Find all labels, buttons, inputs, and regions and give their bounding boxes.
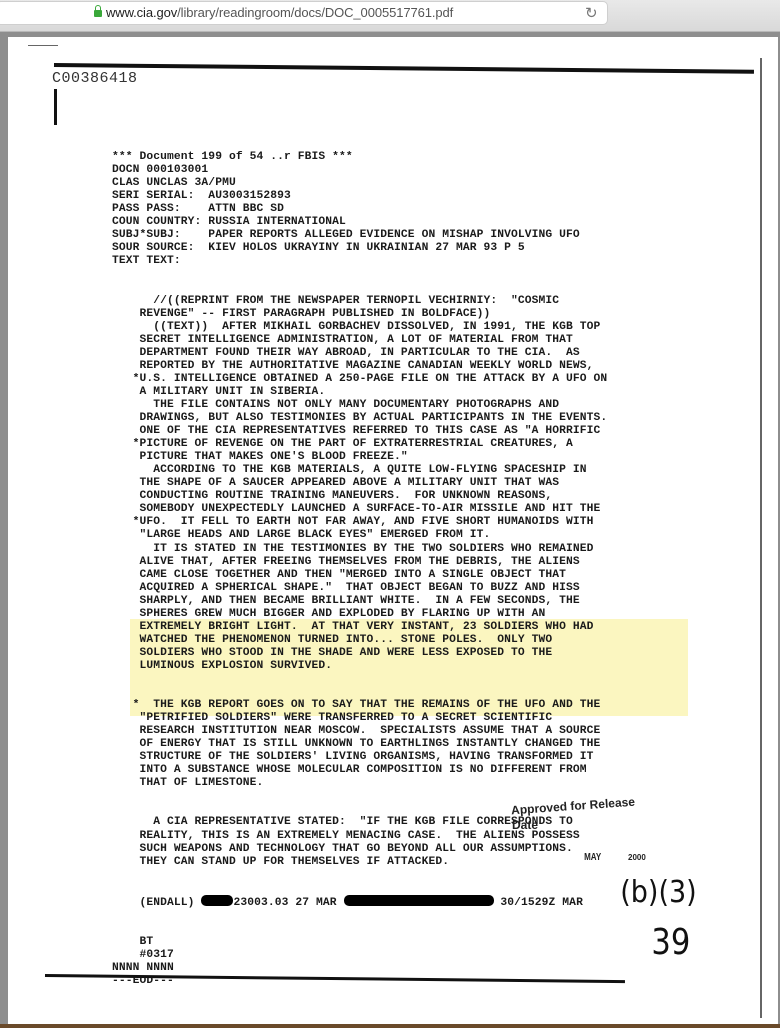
text-line: *** Document 199 of 54 ..r FBIS ***: [112, 151, 607, 164]
page-number: 39: [651, 922, 690, 963]
text-line: SPHERES GREW MUCH BIGGER AND EXPLODED BY…: [112, 608, 607, 621]
text-line: ACCORDING TO THE KGB MATERIALS, A QUITE …: [112, 464, 607, 477]
text-line: //((REPRINT FROM THE NEWSPAPER TERNOPIL …: [112, 295, 607, 308]
text-line: CAME CLOSE TOGETHER AND THEN "MERGED INT…: [112, 569, 607, 582]
highlighted-passage: * THE KGB REPORT GOES ON TO SAY THAT THE…: [112, 699, 607, 790]
text-line: THEY CAN STAND UP FOR THEMSELVES IF ATTA…: [112, 856, 607, 869]
text-line: #0317: [112, 949, 607, 962]
text-line: SUBJ*SUBJ: PAPER REPORTS ALLEGED EVIDENC…: [112, 229, 607, 242]
text-line: SHARPLY, AND THEN BECAME BRILLIANT WHITE…: [112, 595, 607, 608]
text-line: PASS PASS: ATTN BBC SD: [112, 203, 607, 216]
text-line: REVENGE" -- FIRST PARAGRAPH PUBLISHED IN…: [112, 308, 607, 321]
text-line: *U.S. INTELLIGENCE OBTAINED A 250-PAGE F…: [112, 373, 607, 386]
text-line: SECRET INTELLIGENCE ADMINISTRATION, A LO…: [112, 334, 607, 347]
text-line: BT: [112, 936, 607, 949]
reload-icon[interactable]: ↻: [585, 4, 598, 22]
text-line: DRAWINGS, BUT ALSO TESTIMONIES BY ACTUAL…: [112, 412, 607, 425]
text-line: SOMEBODY UNEXPECTEDLY LAUNCHED A SURFACE…: [112, 503, 607, 516]
text-line: ((TEXT)) AFTER MIKHAIL GORBACHEV DISSOLV…: [112, 321, 607, 334]
text-line: THE SHAPE OF A SAUCER APPEARED ABOVE A M…: [112, 477, 607, 490]
right-edge-line: [760, 58, 762, 1018]
redaction-1: [201, 895, 233, 906]
text-line: ACQUIRED A SPHERICAL SHAPE." THAT OBJECT…: [112, 582, 607, 595]
document-text: *** Document 199 of 54 ..r FBIS ***DOCN …: [112, 125, 607, 1014]
text-line: SOLDIERS WHO STOOD IN THE SHADE AND WERE…: [112, 647, 607, 660]
text-line: "PETRIFIED SOLDIERS" WERE TRANSFERRED TO…: [112, 712, 607, 725]
text-line: DOCN 000103001: [112, 164, 607, 177]
exemption-mark: (b)(3): [620, 875, 696, 910]
url-domain: www.cia.gov: [106, 5, 177, 20]
lock-icon: [94, 10, 102, 17]
url-path: /library/readingroom/docs/DOC_0005517761…: [177, 5, 453, 20]
text-line: CLAS UNCLAS 3A/PMU: [112, 177, 607, 190]
text-line: STRUCTURE OF THE SOLDIERS' LIVING ORGANI…: [112, 751, 607, 764]
top-rule: [54, 63, 754, 74]
text-line: WATCHED THE PHENOMENON TURNED INTO... ST…: [112, 634, 607, 647]
text-line: THAT OF LIMESTONE.: [112, 777, 607, 790]
text-line: THE FILE CONTAINS NOT ONLY MANY DOCUMENT…: [112, 399, 607, 412]
text-line: OF ENERGY THAT IS STILL UNKNOWN TO EARTH…: [112, 738, 607, 751]
text-line: ALIVE THAT, AFTER FREEING THEMSELVES FRO…: [112, 556, 607, 569]
text-line: *PICTURE OF REVENGE ON THE PART OF EXTRA…: [112, 438, 607, 451]
header-block: *** Document 199 of 54 ..r FBIS ***DOCN …: [112, 151, 607, 268]
text-line: LUMINOUS EXPLOSION SURVIVED.: [112, 660, 607, 673]
text-line: CONDUCTING ROUTINE TRAINING MANEUVERS. F…: [112, 490, 607, 503]
text-line: COUN COUNTRY: RUSSIA INTERNATIONAL: [112, 216, 607, 229]
text-line: REPORTED BY THE AUTHORITATIVE MAGAZINE C…: [112, 360, 607, 373]
address-bar[interactable]: www.cia.gov/library/readingroom/docs/DOC…: [0, 1, 608, 25]
pdf-page: C00386418 *** Document 199 of 54 ..r FBI…: [8, 37, 778, 1025]
text-line: NNNN NNNN: [112, 962, 607, 975]
url-text[interactable]: www.cia.gov/library/readingroom/docs/DOC…: [94, 5, 453, 20]
text-line: "LARGE HEADS AND LARGE BLACK EYES" EMERG…: [112, 529, 607, 542]
text-line: PICTURE THAT MAKES ONE'S BLOOD FREEZE.": [112, 451, 607, 464]
text-line: RESEARCH INSTITUTION NEAR MOSCOW. SPECIA…: [112, 725, 607, 738]
text-line: SERI SERIAL: AU3003152893: [112, 190, 607, 203]
text-line: IT IS STATED IN THE TESTIMONIES BY THE T…: [112, 543, 607, 556]
text-line: SOUR SOURCE: KIEV HOLOS UKRAYINY IN UKRA…: [112, 242, 607, 255]
text-line: DEPARTMENT FOUND THEIR WAY ABROAD, IN PA…: [112, 347, 607, 360]
text-line: INTO A SUBSTANCE WHOSE MOLECULAR COMPOSI…: [112, 764, 607, 777]
date-label: Date: [512, 818, 538, 832]
redaction-2: [344, 895, 494, 906]
endall-line: (ENDALL) 23003.03 27 MAR 30/1529Z MAR: [112, 895, 607, 910]
browser-toolbar: www.cia.gov/library/readingroom/docs/DOC…: [0, 0, 780, 32]
body-block: //((REPRINT FROM THE NEWSPAPER TERNOPIL …: [112, 295, 607, 673]
desktop-edge: [0, 1024, 780, 1028]
text-line: ONE OF THE CIA REPRESENTATIVES REFERRED …: [112, 425, 607, 438]
text-line: * THE KGB REPORT GOES ON TO SAY THAT THE…: [112, 699, 607, 712]
text-line: EXTREMELY BRIGHT LIGHT. AT THAT VERY INS…: [112, 621, 607, 634]
text-line: TEXT TEXT:: [112, 255, 607, 268]
text-line: *UFO. IT FELL TO EARTH NOT FAR AWAY, AND…: [112, 516, 607, 529]
scan-mark: [28, 45, 58, 46]
text-line: SUCH WEAPONS AND TECHNOLOGY THAT GO BEYO…: [112, 843, 607, 856]
left-margin-mark: [54, 89, 57, 125]
text-line: A MILITARY UNIT IN SIBERIA.: [112, 386, 607, 399]
stamp-month: MAY: [584, 852, 601, 863]
document-id: C00386418: [52, 70, 138, 87]
stamp-year: 2000: [628, 853, 646, 862]
